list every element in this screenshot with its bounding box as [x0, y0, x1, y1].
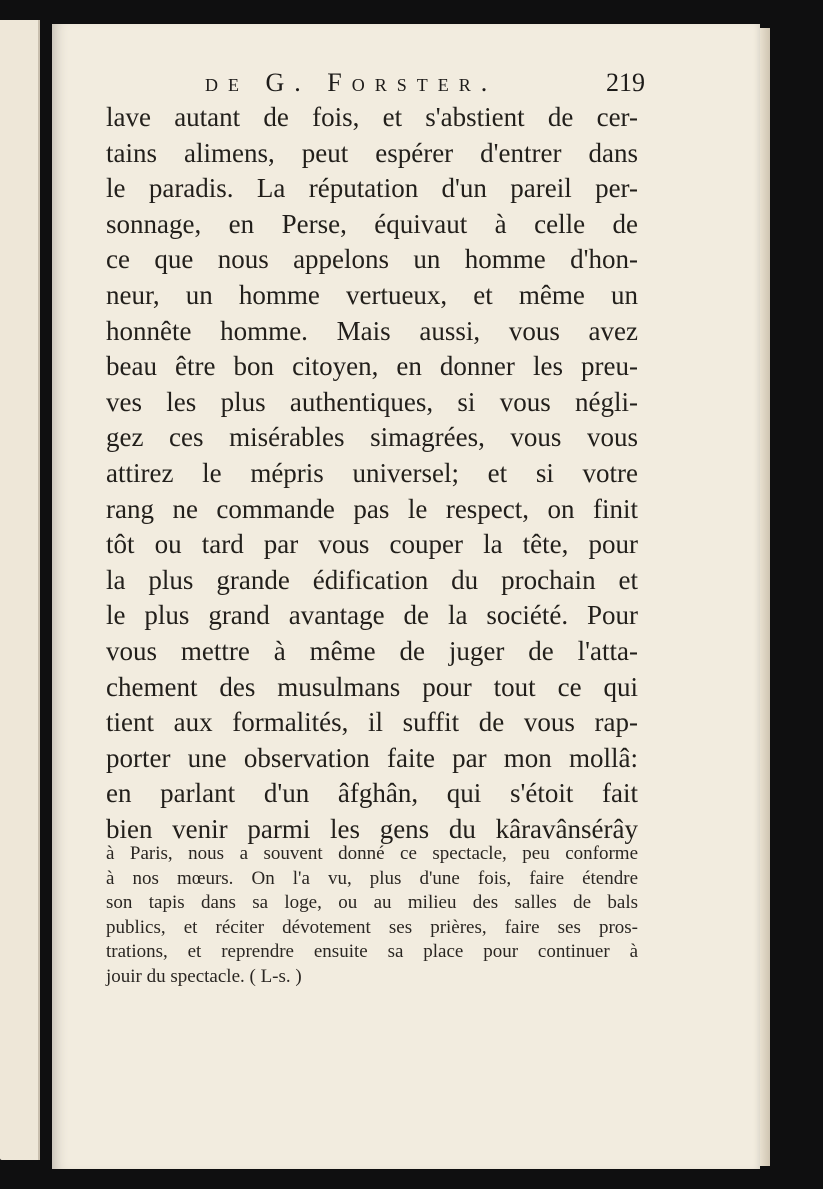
- body-text: lave autant de fois, et s'abstient de ce…: [106, 100, 638, 847]
- text-line: porter une observation faite par mon mol…: [106, 741, 638, 777]
- footnote-line: à Paris, nous a souvent donné ce spectac…: [106, 842, 638, 867]
- footnote-line: publics, et réciter dévotement ses prièr…: [106, 916, 638, 941]
- footnote-line: son tapis dans sa loge, ou au milieu des…: [106, 891, 638, 916]
- facing-page-edge: [0, 20, 40, 1160]
- footnote-line: à nos mœurs. On l'a vu, plus d'une fois,…: [106, 867, 638, 892]
- text-line: ves les plus authentiques, si vous négli…: [106, 385, 638, 421]
- running-head-title: de G. Forster.: [205, 68, 497, 98]
- text-line: rang ne commande pas le respect, on fini…: [106, 492, 638, 528]
- text-line: le plus grand avantage de la société. Po…: [106, 598, 638, 634]
- text-line: tains alimens, peut espérer d'entrer dan…: [106, 136, 638, 172]
- footnote: à Paris, nous a souvent donné ce spectac…: [106, 842, 638, 989]
- text-line: sonnage, en Perse, équivaut à celle de: [106, 207, 638, 243]
- text-line: lave autant de fois, et s'abstient de ce…: [106, 100, 638, 136]
- footnote-line: trations, et reprendre ensuite sa place …: [106, 940, 638, 965]
- text-line: chement des musulmans pour tout ce qui: [106, 670, 638, 706]
- text-line: honnête homme. Mais aussi, vous avez: [106, 314, 638, 350]
- text-line: tient aux formalités, il suffit de vous …: [106, 705, 638, 741]
- running-head: de G. Forster. 219: [205, 68, 645, 98]
- text-line: attirez le mépris universel; et si votre: [106, 456, 638, 492]
- text-line: en parlant d'un âfghân, qui s'étoit fait: [106, 776, 638, 812]
- page-fore-edge: [760, 28, 770, 1166]
- text-line: gez ces misérables simagrées, vous vous: [106, 420, 638, 456]
- text-line: le paradis. La réputation d'un pareil pe…: [106, 171, 638, 207]
- text-line: neur, un homme vertueux, et même un: [106, 278, 638, 314]
- text-line: tôt ou tard par vous couper la tête, pou…: [106, 527, 638, 563]
- text-line: ce que nous appelons un homme d'hon-: [106, 242, 638, 278]
- text-line: vous mettre à même de juger de l'atta-: [106, 634, 638, 670]
- text-line: beau être bon citoyen, en donner les pre…: [106, 349, 638, 385]
- text-line: la plus grande édification du prochain e…: [106, 563, 638, 599]
- footnote-line: jouir du spectacle. ( L-s. ): [106, 965, 638, 990]
- page-number: 219: [606, 68, 645, 98]
